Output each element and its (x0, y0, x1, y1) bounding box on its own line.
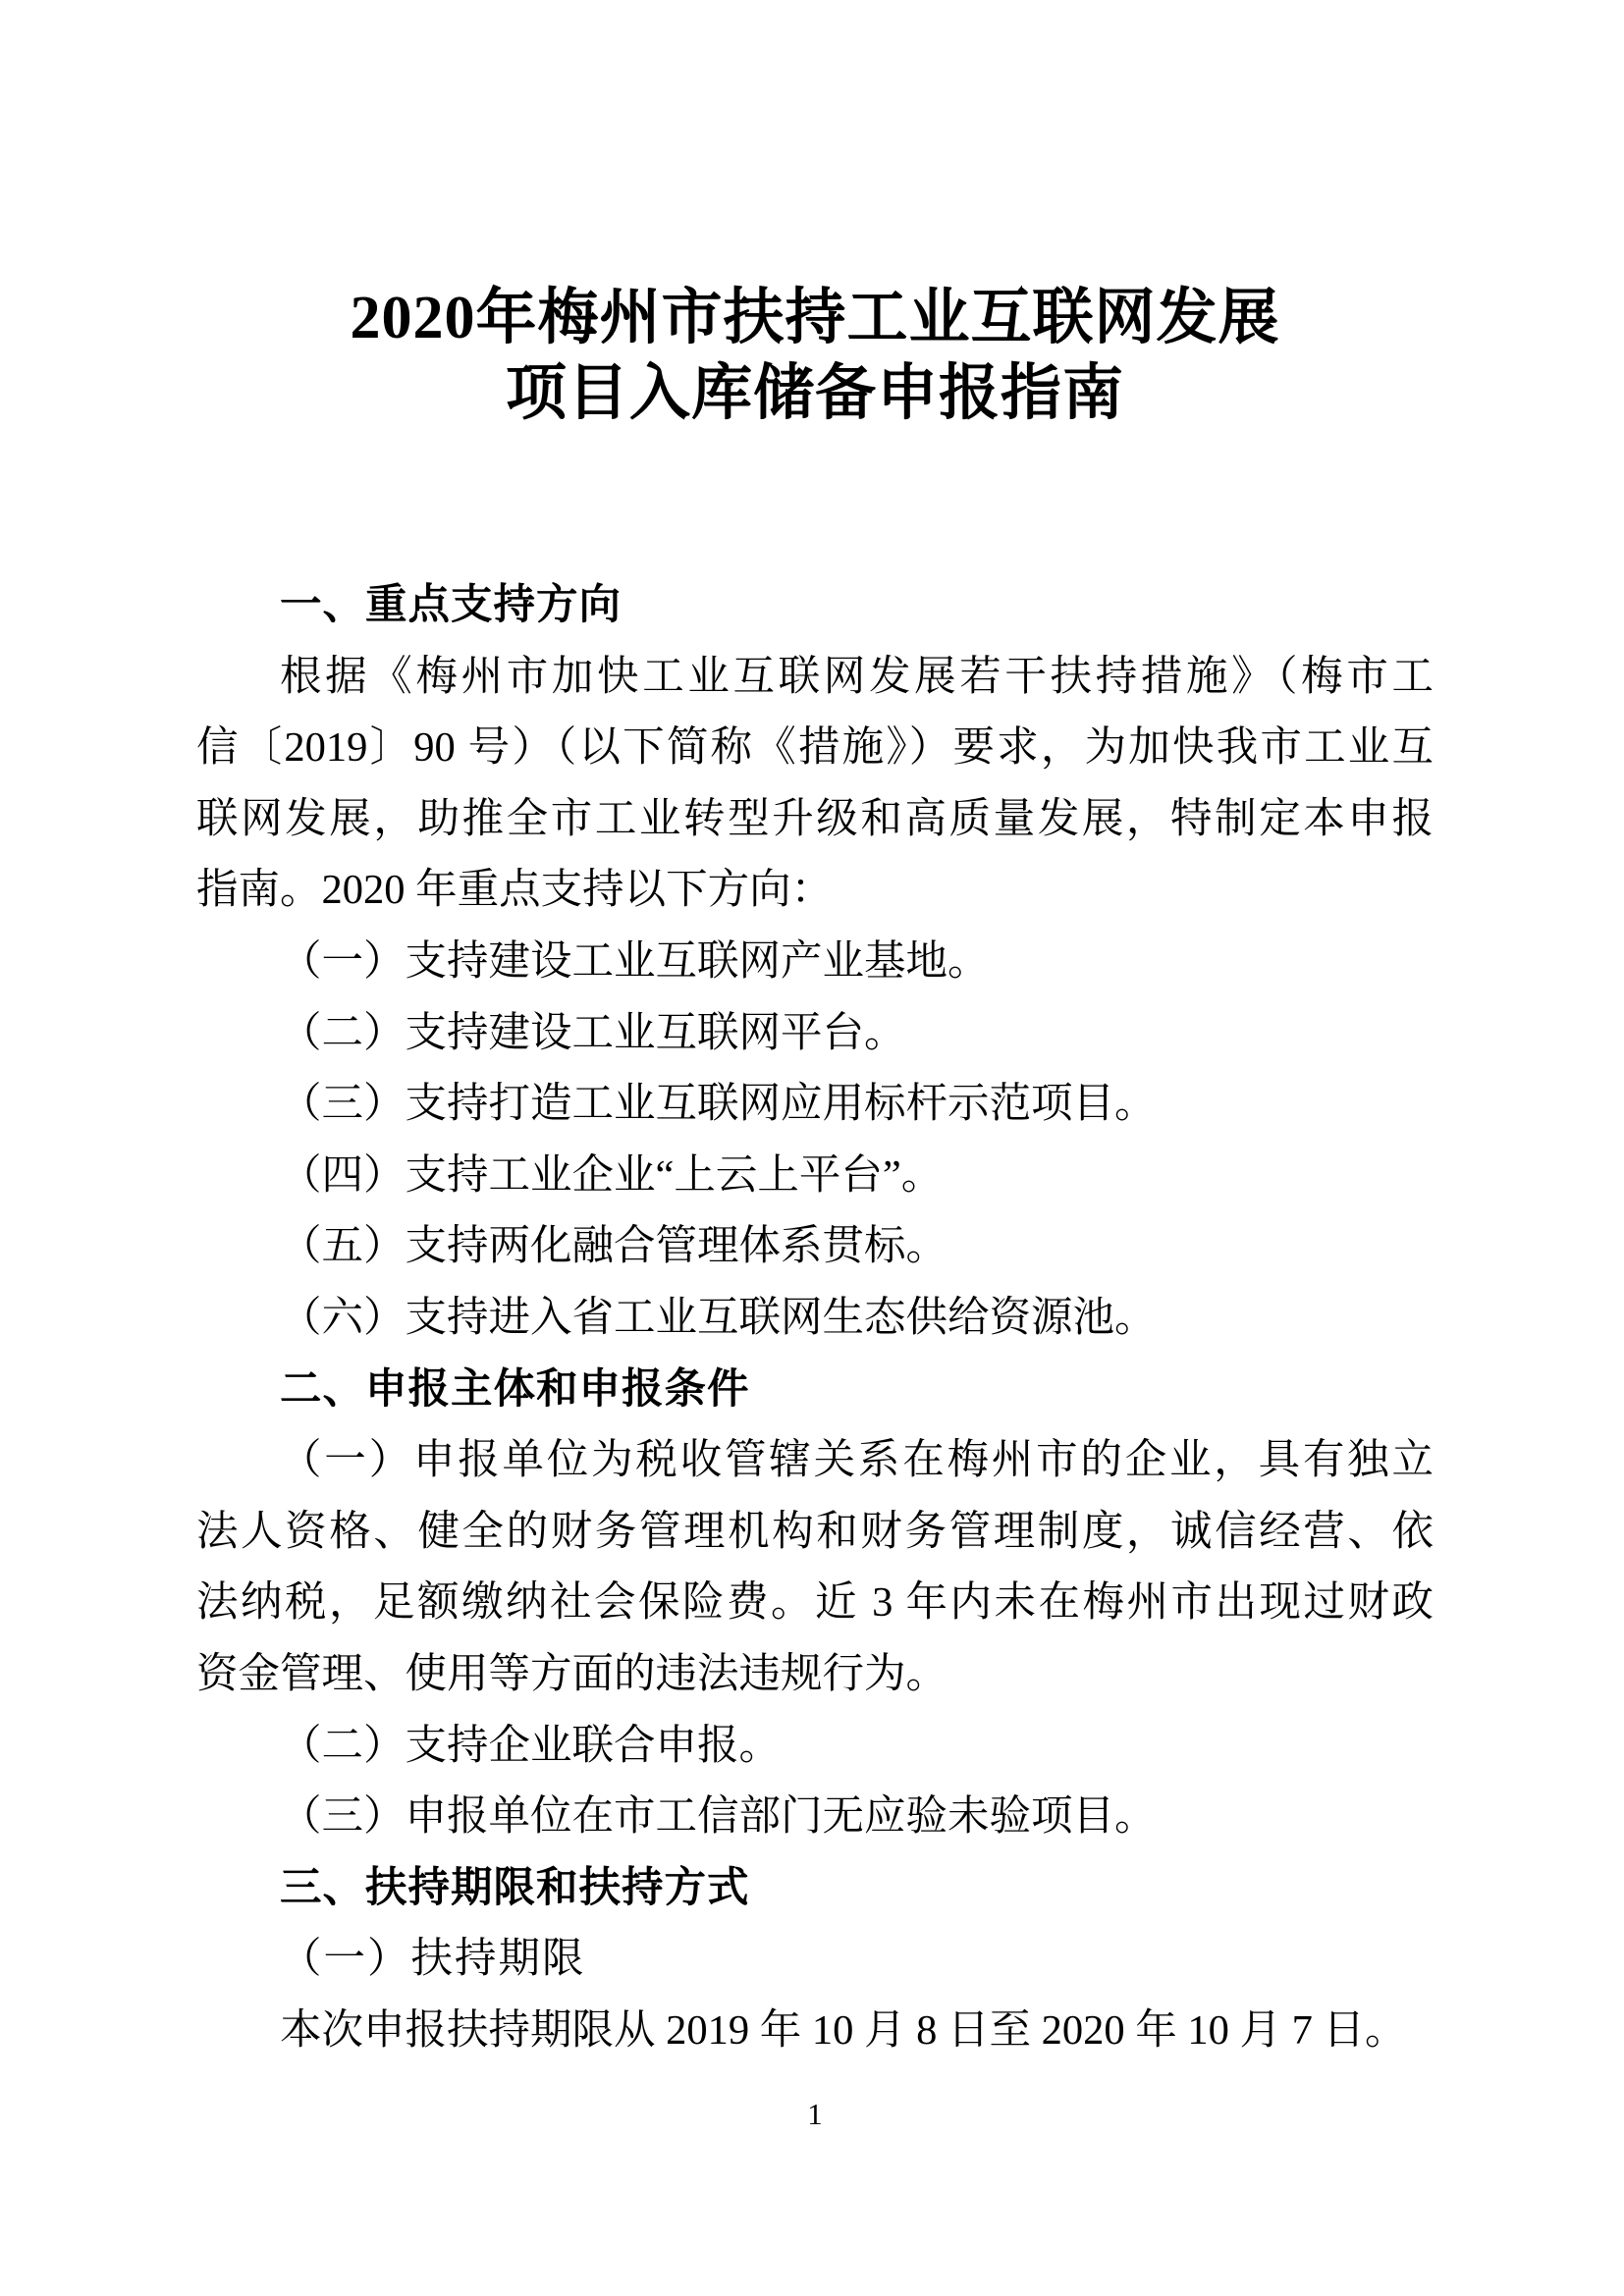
para-1-line-1: 根据《梅州市加快工业互联网发展若干扶持措施》（梅市工 (196, 642, 1434, 714)
para-1-line-3: 联网发展，助推全市工业转型升级和高质量发展，特制定本申报 (196, 784, 1434, 856)
document-title: 2020年梅州市扶持工业互联网发展 项目入库储备申报指南 (196, 281, 1434, 432)
condition-item-3: （三）申报单位在市工信部门无应验未验项目。 (196, 1782, 1434, 1853)
para-2-line-1: （一）申报单位为税收管辖关系在梅州市的企业，具有独立 (196, 1425, 1434, 1497)
page-number: 1 (196, 2093, 1434, 2136)
support-direction-item-1: （一）支持建设工业互联网产业基地。 (196, 927, 1434, 998)
document-title-line-2: 项目入库储备申报指南 (196, 356, 1434, 432)
para-2-line-2: 法人资格、健全的财务管理机构和财务管理制度，诚信经营、依 (196, 1497, 1434, 1569)
section-heading-3: 三、扶持期限和扶持方式 (196, 1853, 1434, 1925)
para-1-line-2: 信〔2019〕90 号）（以下简称《措施》）要求，为加快我市工业互 (196, 713, 1434, 784)
para-2-line-4: 资金管理、使用等方面的违法违规行为。 (196, 1639, 1434, 1711)
section-heading-1: 一、重点支持方向 (196, 570, 1434, 642)
section-heading-2: 二、申报主体和申报条件 (196, 1355, 1434, 1426)
para-2-line-3: 法纳税，足额缴纳社会保险费。近 3 年内未在梅州市出现过财政 (196, 1568, 1434, 1639)
support-direction-item-4: （四）支持工业企业“上云上平台”。 (196, 1141, 1434, 1212)
support-direction-item-2: （二）支持建设工业互联网平台。 (196, 998, 1434, 1070)
support-direction-item-6: （六）支持进入省工业互联网生态供给资源池。 (196, 1283, 1434, 1355)
document-title-line-1: 2020年梅州市扶持工业互联网发展 (196, 281, 1434, 356)
document-page: 2020年梅州市扶持工业互联网发展 项目入库储备申报指南 一、重点支持方向 根据… (0, 0, 1624, 2296)
sub-heading-3-1: （一）扶持期限 (196, 1924, 1434, 1996)
support-direction-item-3: （三）支持打造工业互联网应用标杆示范项目。 (196, 1069, 1434, 1141)
condition-item-2: （二）支持企业联合申报。 (196, 1711, 1434, 1783)
para-3-line-1: 本次申报扶持期限从 2019 年 10 月 8 日至 2020 年 10 月 7… (196, 1996, 1434, 2067)
document-body: 一、重点支持方向 根据《梅州市加快工业互联网发展若干扶持措施》（梅市工 信〔20… (196, 570, 1434, 2066)
para-1-line-4: 指南。2020 年重点支持以下方向： (196, 855, 1434, 927)
support-direction-item-5: （五）支持两化融合管理体系贯标。 (196, 1211, 1434, 1283)
